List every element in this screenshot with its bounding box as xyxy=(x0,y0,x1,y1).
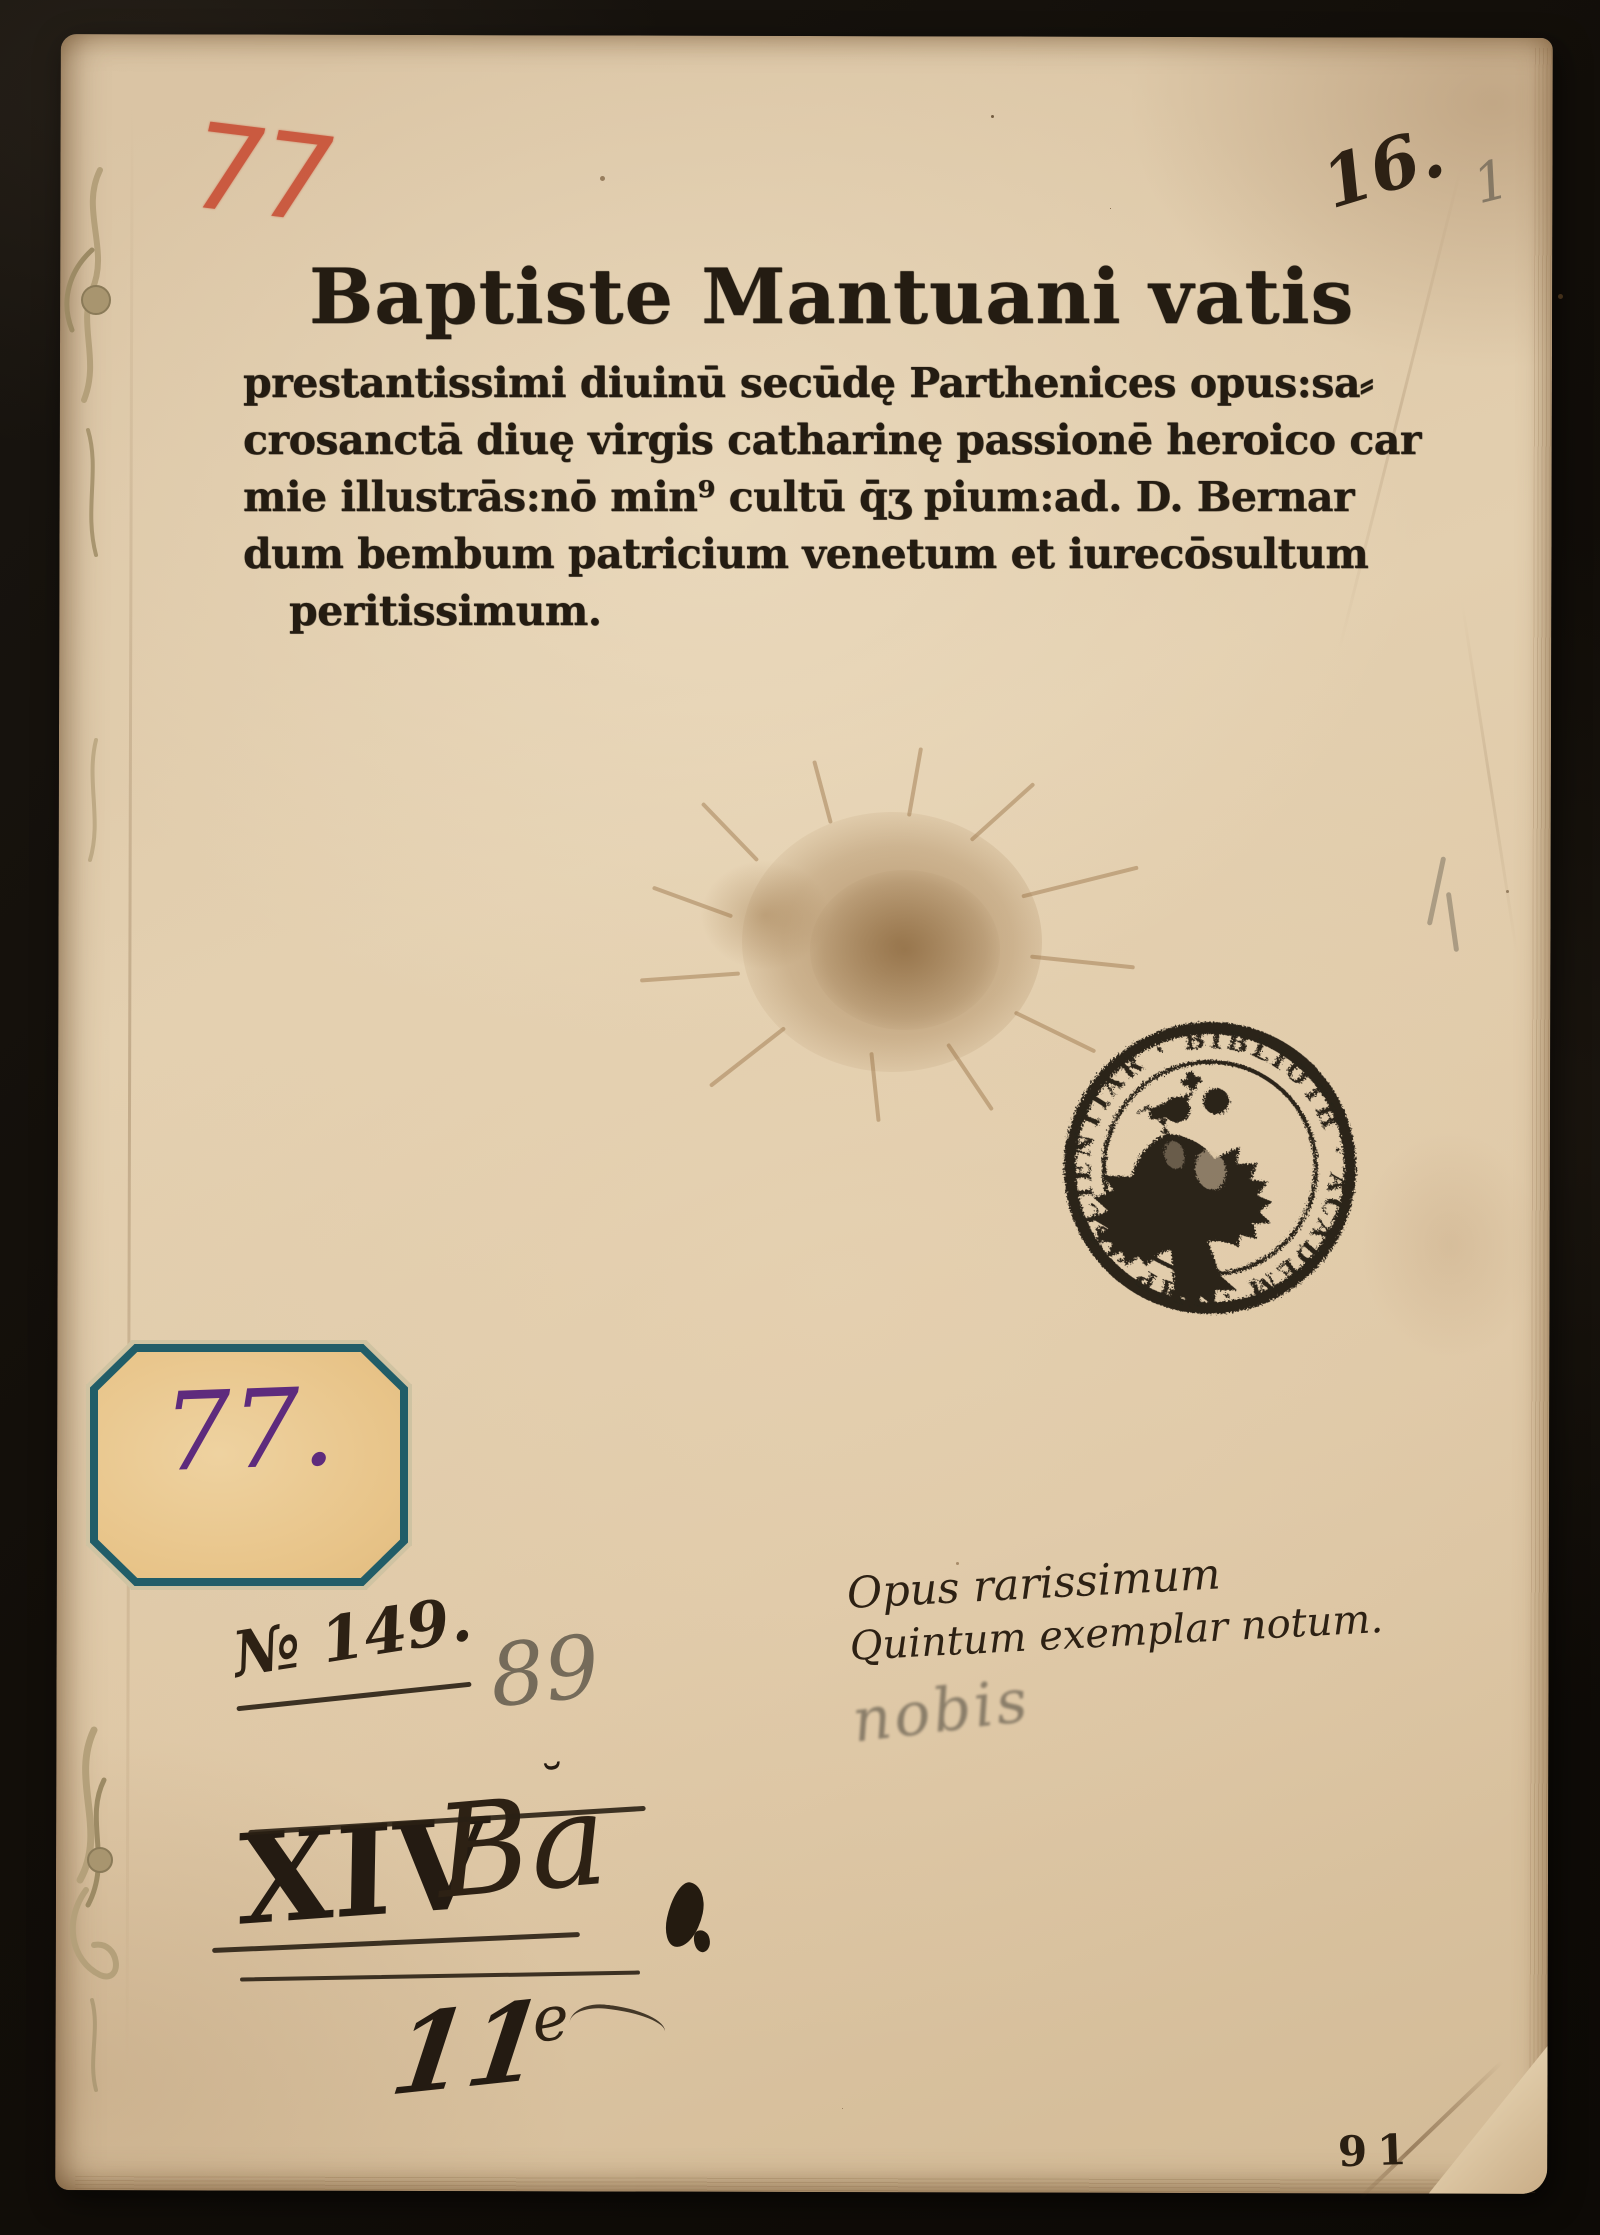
printed-title-block: Baptiste Mantuani vatis prestantissimi d… xyxy=(243,252,1421,640)
dog-ear-corner-fold xyxy=(1395,2046,1547,2194)
title-line-6: peritissimum. xyxy=(243,583,1421,640)
damp-stain xyxy=(1360,1130,1540,1360)
title-line-2: prestantissimi diuinū secūdę Parthenices… xyxy=(243,355,1421,412)
library-stamp-double-headed-eagle: BIBLIOTH · ACADEM · IMP · SCIENTIAR · xyxy=(1032,990,1388,1346)
shelfmark-letters: Ba xyxy=(430,1765,613,1928)
corner-page-number: 91 xyxy=(1337,2125,1417,2177)
page-stack-fore-edge xyxy=(1529,48,1553,2178)
title-line-3: crosanctā diuę virgis catharinę passionē… xyxy=(243,412,1421,469)
inventory-number-pencil: 89 xyxy=(485,1617,604,1728)
title-line-1: Baptiste Mantuani vatis xyxy=(309,252,1421,341)
fraction-superscript: e xyxy=(528,1980,572,2056)
wrinkle xyxy=(1460,600,1518,956)
binding-threads xyxy=(0,0,160,2235)
photograph-background: 77 16. 1 Baptiste Mantuani vatis prestan… xyxy=(0,0,1600,2235)
foxing-specks xyxy=(600,176,605,181)
page-stack-bottom-edge xyxy=(75,2176,1535,2194)
title-line-5: dum bembum patricium venetum et iurecōsu… xyxy=(243,526,1421,583)
title-line-4: mie illustrās:nō min⁹ cultū q̄ʒ pium:ad.… xyxy=(243,469,1421,526)
